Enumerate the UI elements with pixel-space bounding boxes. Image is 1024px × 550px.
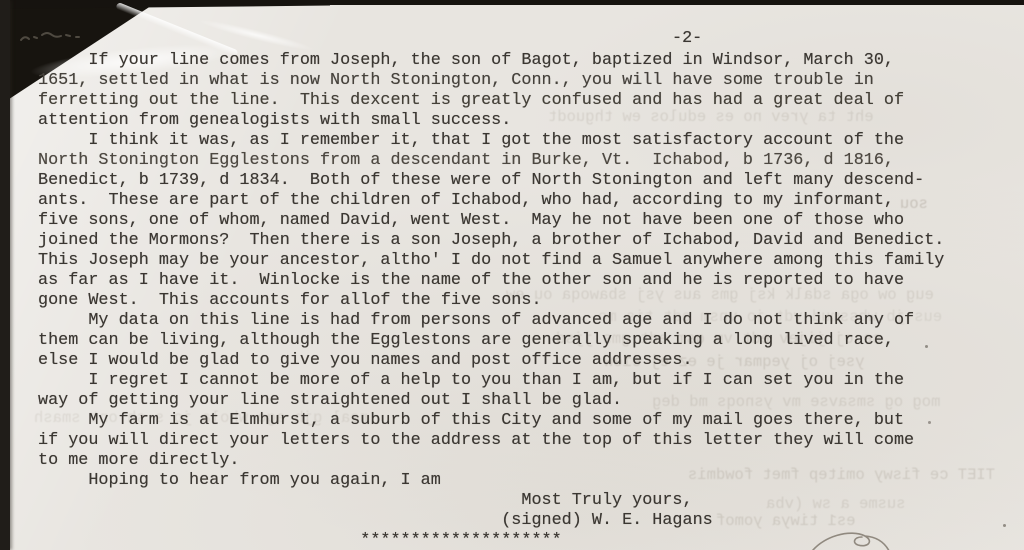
scan-edge-left — [0, 0, 10, 550]
letter-line: joined the Mormons? Then there is a son … — [38, 231, 944, 251]
letter-line: ants. These are part of the children of … — [38, 191, 944, 211]
letter-line: My farm is at Elmhurst, a suburb of this… — [38, 411, 944, 431]
pencil-doodle — [795, 485, 1024, 550]
page-number: -2- — [672, 29, 702, 49]
scanned-letter-page: eht ta yrev no es edulos ew thguodt sou … — [0, 0, 1024, 550]
letter-line: them can be living, although the Egglest… — [38, 331, 944, 351]
letter-line: five sons, one of whom, named David, wen… — [38, 211, 944, 231]
letter-line: Benedict, b 1739, d 1834. Both of these … — [38, 171, 944, 191]
letter-line: North Stonington Egglestons from a desce… — [38, 151, 944, 171]
letter-body: If your line comes from Joseph, the son … — [38, 51, 944, 550]
letter-line: ferretting out the line. This dexcent is… — [38, 91, 944, 111]
letter-line: if you will direct your letters to the a… — [38, 431, 944, 451]
letter-line: If your line comes from Joseph, the son … — [38, 51, 944, 71]
letter-line: I regret I cannot be more of a help to y… — [38, 371, 944, 391]
pencil-scribble — [18, 26, 110, 50]
letter-line: way of getting your line straightened ou… — [38, 391, 944, 411]
letter-line: attention from genealogists with small s… — [38, 111, 944, 131]
letter-line: This Joseph may be your ancestor, altho'… — [38, 251, 944, 271]
letter-line: to me more directly. — [38, 451, 944, 471]
letter-line: I think it was, as I remember it, that I… — [38, 131, 944, 151]
scan-edge-top-left — [0, 0, 330, 9]
letter-line: gone West. This accounts for allof the f… — [38, 291, 944, 311]
letter-line: else I would be glad to give you names a… — [38, 351, 944, 371]
letter-line: 1651, settled in what is now North Stoni… — [38, 71, 944, 91]
letter-line: as far as I have it. Winlocke is the nam… — [38, 271, 944, 291]
letter-line: My data on this line is had from persons… — [38, 311, 944, 331]
